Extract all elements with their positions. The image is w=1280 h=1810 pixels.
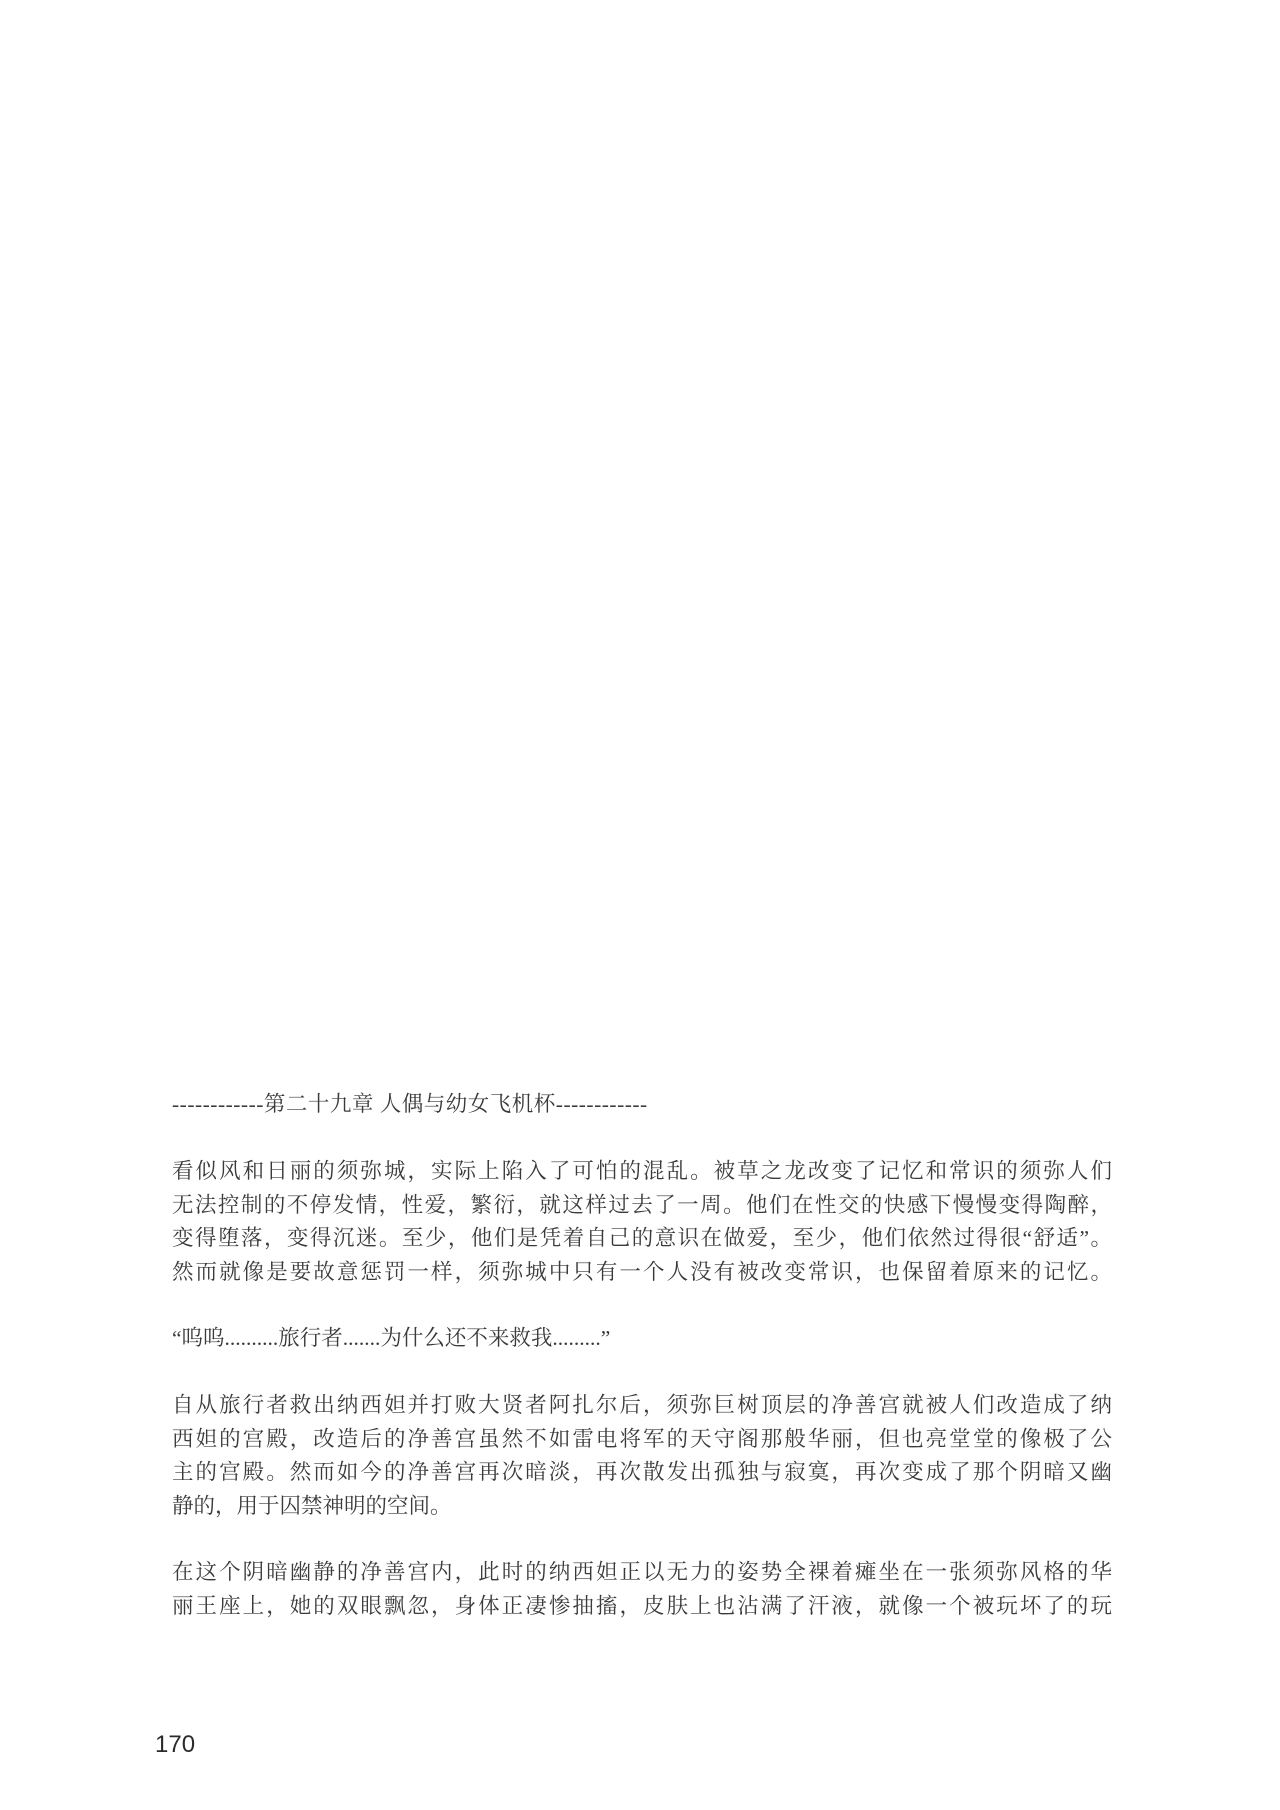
paragraph-line: 主的宫殿。然而如今的净善宫再次暗淡，再次散发出孤独与寂寞，再次变成了那个阴暗又幽 bbox=[172, 1456, 1112, 1490]
paragraph-line: 丽王座上，她的双眼飘忽，身体正凄惨抽搐，皮肤上也沾满了汗液，就像一个被玩坏了的玩 bbox=[172, 1590, 1112, 1624]
paragraph-line: 在这个阴暗幽静的净善宫内，此时的纳西妲正以无力的姿势全裸着瘫坐在一张须弥风格的华 bbox=[172, 1556, 1112, 1590]
paragraph: 在这个阴暗幽静的净善宫内，此时的纳西妲正以无力的姿势全裸着瘫坐在一张须弥风格的华… bbox=[172, 1556, 1112, 1623]
paragraph: 看似风和日丽的须弥城，实际上陷入了可怕的混乱。被草之龙改变了记忆和常识的须弥人们… bbox=[172, 1155, 1112, 1289]
chapter-heading: ------------第二十九章 人偶与幼女飞机杯------------ bbox=[172, 1088, 1112, 1122]
page-number: 170 bbox=[155, 1731, 195, 1759]
paragraph-line: 看似风和日丽的须弥城，实际上陷入了可怕的混乱。被草之龙改变了记忆和常识的须弥人们 bbox=[172, 1155, 1112, 1189]
paragraph-line: 无法控制的不停发情，性爱，繁衍，就这样过去了一周。他们在性交的快感下慢慢变得陶醉… bbox=[172, 1189, 1112, 1223]
paragraph-line: 自从旅行者救出纳西妲并打败大贤者阿扎尔后，须弥巨树顶层的净善宫就被人们改造成了纳 bbox=[172, 1389, 1112, 1423]
paragraph: 自从旅行者救出纳西妲并打败大贤者阿扎尔后，须弥巨树顶层的净善宫就被人们改造成了纳… bbox=[172, 1389, 1112, 1523]
paragraph-line: 西妲的宫殿，改造后的净善宫虽然不如雷电将军的天守阁那般华丽，但也亮堂堂的像极了公 bbox=[172, 1423, 1112, 1457]
paragraph-line: “呜呜..........旅行者.......为什么还不来救我.........… bbox=[172, 1322, 1112, 1356]
paragraph-line: 静的，用于囚禁神明的空间。 bbox=[172, 1490, 1112, 1524]
paragraph-line: 然而就像是要故意惩罚一样，须弥城中只有一个人没有被改变常识，也保留着原来的记忆。 bbox=[172, 1256, 1112, 1290]
document-page: ------------第二十九章 人偶与幼女飞机杯------------ 看… bbox=[0, 0, 1280, 1810]
dialogue-quote: “呜呜..........旅行者.......为什么还不来救我.........… bbox=[172, 1322, 1112, 1356]
paragraph-line: 变得堕落，变得沉迷。至少，他们是凭着自己的意识在做爱，至少，他们依然过得很“舒适… bbox=[172, 1222, 1112, 1256]
